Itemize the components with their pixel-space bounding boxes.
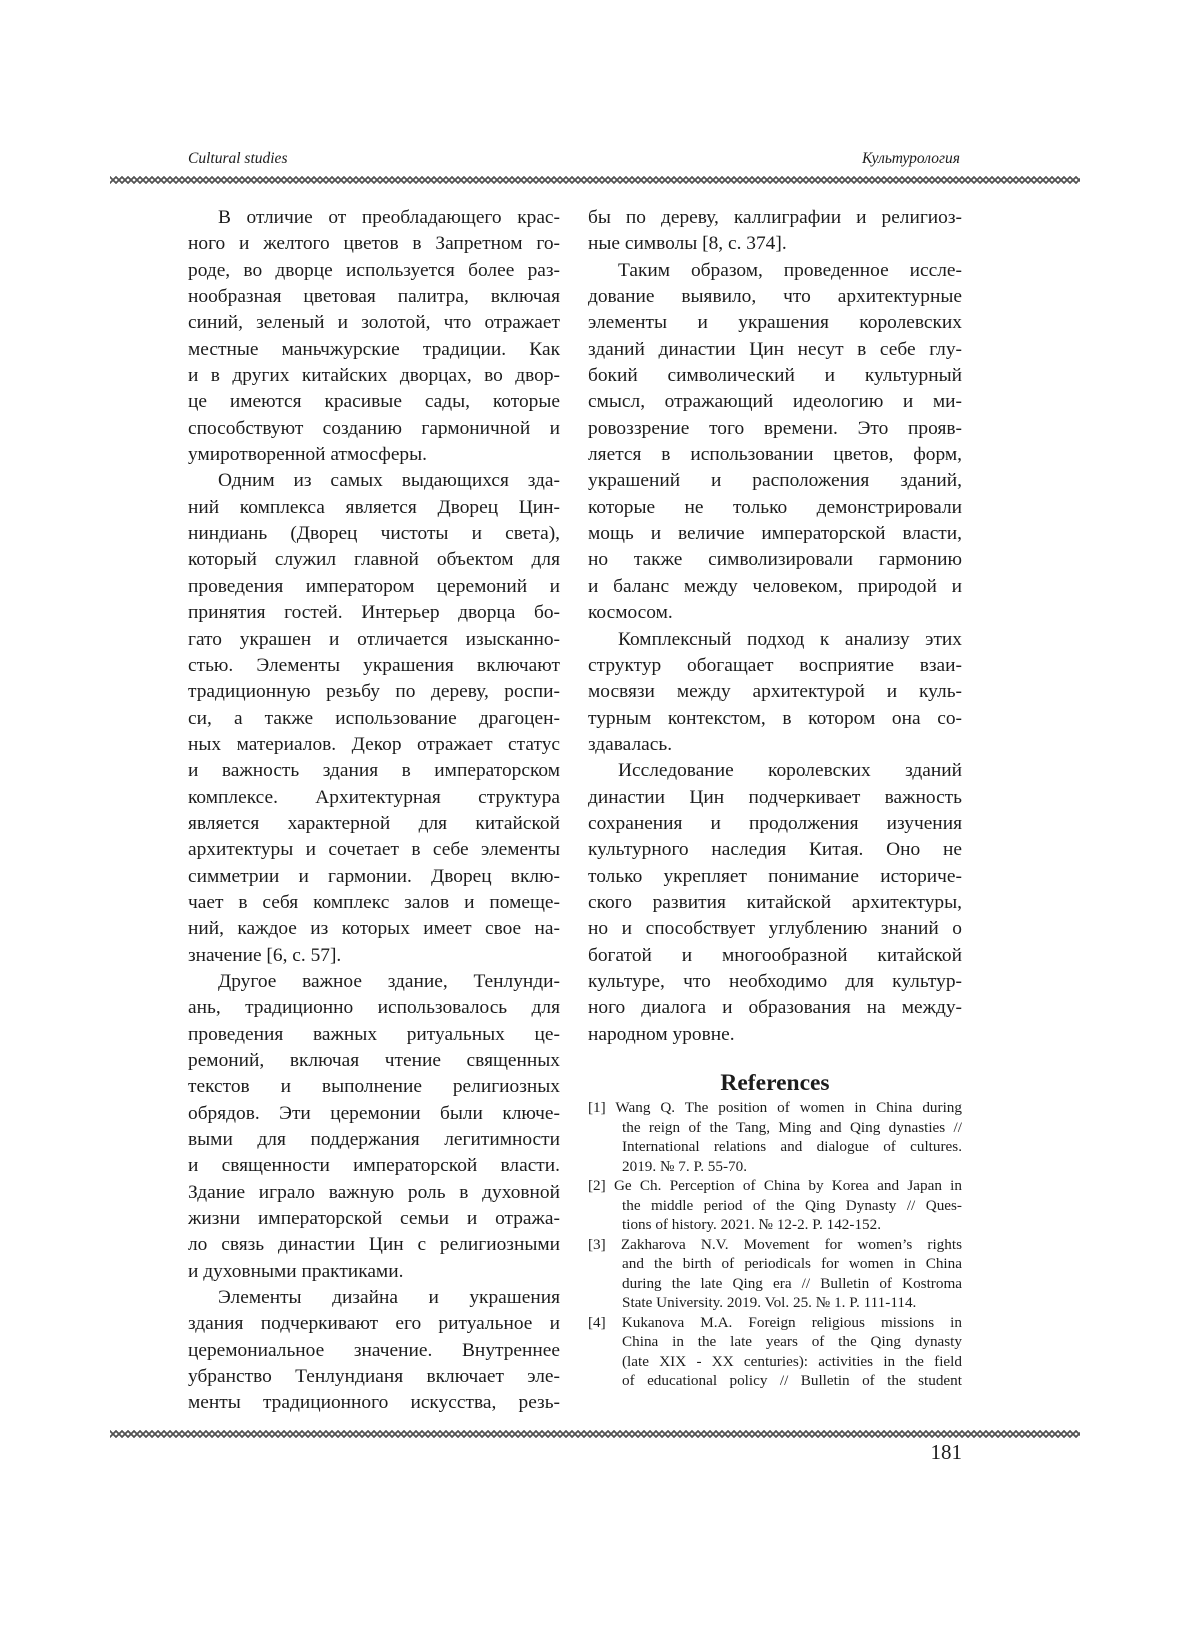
text-line: ань, традиционно использовалось для <box>188 995 560 1021</box>
text-line: и священности императорской власти. <box>188 1153 560 1179</box>
text-line: ло связь династии Цин с религиозными <box>188 1232 560 1258</box>
text-line: ниндиань (Дворец чистоты и света), <box>188 521 560 547</box>
text-line: комплексе. Архитектурная структура <box>188 785 560 811</box>
text-line: Исследование королевских зданий <box>588 758 962 784</box>
text-line: убранство Тенлундианя включает эле- <box>188 1364 560 1390</box>
reference-line: the reign of the Tang, Ming and Qing dyn… <box>588 1118 962 1138</box>
text-line: бокий символический и культурный <box>588 363 962 389</box>
text-line: це имеются красивые сады, которые <box>188 389 560 415</box>
reference-line: State University. 2019. Vol. 25. № 1. P.… <box>588 1293 962 1313</box>
text-line: симметрии и гармонии. Дворец вклю- <box>188 864 560 890</box>
text-line: ные символы [8, с. 374]. <box>588 231 962 257</box>
text-line: зданий династии Цин несут в себе глу- <box>588 337 962 363</box>
text-line: проведения важных ритуальных це- <box>188 1022 560 1048</box>
text-line: текстов и выполнение религиозных <box>188 1074 560 1100</box>
text-line: и духовными практиками. <box>188 1259 560 1285</box>
reference-line: tions of history. 2021. № 12-2. P. 142-1… <box>588 1215 962 1235</box>
text-line: элементы и украшения королевских <box>588 310 962 336</box>
text-line: династии Цин подчеркивает важность <box>588 785 962 811</box>
text-line: которые не только демонстрировали <box>588 495 962 521</box>
text-line: церемониальное значение. Внутреннее <box>188 1338 560 1364</box>
text-line: но также символизировали гармонию <box>588 547 962 573</box>
reference-line: [3] Zakharova N.V. Movement for women’s … <box>588 1235 962 1255</box>
text-line: значение [6, с. 57]. <box>188 943 560 969</box>
text-line: только укрепляет понимание историче- <box>588 864 962 890</box>
reference-item: [4] Kukanova M.A. Foreign religious miss… <box>588 1313 962 1391</box>
reference-line: during the late Qing era // Bulletin of … <box>588 1274 962 1294</box>
reference-item: [3] Zakharova N.V. Movement for women’s … <box>588 1235 962 1313</box>
footer-ornamental-rule <box>110 1430 1080 1438</box>
text-line: бы по дереву, каллиграфии и религиоз- <box>588 205 962 231</box>
text-line: Таким образом, проведенное иссле- <box>588 258 962 284</box>
text-line: выми для поддержания легитимности <box>188 1127 560 1153</box>
text-line: гато украшен и отличается изысканно- <box>188 627 560 653</box>
text-line: ний комплекса является Дворец Цин- <box>188 495 560 521</box>
text-line: Комплексный подход к анализу этих <box>588 627 962 653</box>
text-line: чает в себя комплекс залов и помеще- <box>188 890 560 916</box>
text-line: культурного наследия Китая. Оно не <box>588 837 962 863</box>
text-line: украшений и расположения зданий, <box>588 468 962 494</box>
text-line: стью. Элементы украшения включают <box>188 653 560 679</box>
text-line: дование выявило, что архитектурные <box>588 284 962 310</box>
text-line: народном уровне. <box>588 1022 962 1048</box>
text-line: ного диалога и образования на между- <box>588 995 962 1021</box>
text-line: нообразная цветовая палитра, включая <box>188 284 560 310</box>
text-line: способствуют созданию гармоничной и <box>188 416 560 442</box>
text-line: традиционную резьбу по дереву, роспи- <box>188 679 560 705</box>
text-line: ровоззрение того времени. Это прояв- <box>588 416 962 442</box>
header-section-title-ru: Культурология <box>862 150 960 168</box>
reference-line: and the birth of periodicals for women i… <box>588 1254 962 1274</box>
reference-line: [4] Kukanova M.A. Foreign religious miss… <box>588 1313 962 1333</box>
text-line: структур обогащает восприятие взаи- <box>588 653 962 679</box>
text-line: здавалась. <box>588 732 962 758</box>
text-line: ляется в использовании цветов, форм, <box>588 442 962 468</box>
text-line: Одним из самых выдающихся зда- <box>188 468 560 494</box>
text-line: ного и желтого цветов в Запретном го- <box>188 231 560 257</box>
running-header: Cultural studies Культурология <box>188 150 960 172</box>
text-line: синий, зеленый и золотой, что отражает <box>188 310 560 336</box>
text-line: роде, во дворце используется более раз- <box>188 258 560 284</box>
reference-line: [1] Wang Q. The position of women in Chi… <box>588 1098 962 1118</box>
left-column: В отличие от преобладающего крас- ного и… <box>188 205 560 1417</box>
header-section-title-en: Cultural studies <box>188 150 287 168</box>
reference-line: of educational policy // Bulletin of the… <box>588 1371 962 1391</box>
reference-item: [2] Ge Ch. Perception of China by Korea … <box>588 1176 962 1235</box>
reference-item: [1] Wang Q. The position of women in Chi… <box>588 1098 962 1176</box>
text-line: который служил главной объектом для <box>188 547 560 573</box>
reference-line: [2] Ge Ch. Perception of China by Korea … <box>588 1176 962 1196</box>
text-line: Элементы дизайна и украшения <box>188 1285 560 1311</box>
text-line: и в других китайских дворцах, во двор- <box>188 363 560 389</box>
reference-line: the middle period of the Qing Dynasty //… <box>588 1196 962 1216</box>
text-line: здания подчеркивают его ритуальное и <box>188 1311 560 1337</box>
page-number: 181 <box>931 1440 963 1465</box>
text-line: ского развития китайской архитектуры, <box>588 890 962 916</box>
reference-line: China in the late years of the Qing dyna… <box>588 1332 962 1352</box>
text-line: смысл, отражающий идеологию и ми- <box>588 389 962 415</box>
text-line: В отличие от преобладающего крас- <box>188 205 560 231</box>
text-line: культуре, что необходимо для культур- <box>588 969 962 995</box>
text-line: си, а также использование драгоцен- <box>188 706 560 732</box>
text-line: умиротворенной атмосферы. <box>188 442 560 468</box>
references-heading: References <box>588 1068 962 1098</box>
reference-line: (late XIX - XX centuries): activities in… <box>588 1352 962 1372</box>
text-line: турным контекстом, в котором она со- <box>588 706 962 732</box>
text-line: архитектуры и сочетает в себе элементы <box>188 837 560 863</box>
text-line: космосом. <box>588 600 962 626</box>
text-line: Здание играло важную роль в духовной <box>188 1180 560 1206</box>
text-line: ремоний, включая чтение священных <box>188 1048 560 1074</box>
reference-line: 2019. № 7. P. 55-70. <box>588 1157 962 1177</box>
header-ornamental-rule <box>110 176 1080 184</box>
text-line: мосвязи между архитектурой и куль- <box>588 679 962 705</box>
text-line: является характерной для китайской <box>188 811 560 837</box>
text-line: но и способствует углублению знаний о <box>588 916 962 942</box>
text-line: жизни императорской семьи и отража- <box>188 1206 560 1232</box>
text-line: проведения императором церемоний и <box>188 574 560 600</box>
text-line: и важность здания в императорском <box>188 758 560 784</box>
text-line: обрядов. Эти церемонии были ключе- <box>188 1101 560 1127</box>
reference-line: International relations and dialogue of … <box>588 1137 962 1157</box>
text-line: менты традиционного искусства, резь- <box>188 1390 560 1416</box>
right-column: бы по дереву, каллиграфии и религиоз- ны… <box>588 205 962 1391</box>
text-line: местные маньчжурские традиции. Как <box>188 337 560 363</box>
text-line: Другое важное здание, Тенлунди- <box>188 969 560 995</box>
text-line: ных материалов. Декор отражает статус <box>188 732 560 758</box>
text-line: сохранения и продолжения изучения <box>588 811 962 837</box>
text-line: ний, каждое из которых имеет свое на- <box>188 916 560 942</box>
text-line: мощь и величие императорской власти, <box>588 521 962 547</box>
text-line: принятия гостей. Интерьер дворца бо- <box>188 600 560 626</box>
text-line: и баланс между человеком, природой и <box>588 574 962 600</box>
text-line: богатой и многообразной китайской <box>588 943 962 969</box>
